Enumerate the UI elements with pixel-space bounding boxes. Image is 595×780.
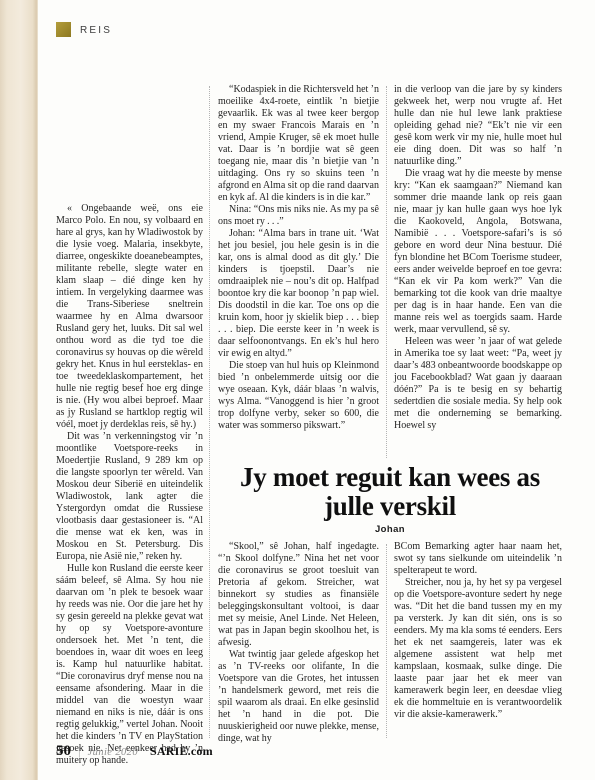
pull-quote-line: julle verskil bbox=[214, 492, 566, 521]
body-paragraph: Hulle kon Rusland die eerste keer sáám b… bbox=[56, 563, 203, 767]
body-paragraph: in die verloop van die jare by sy kinder… bbox=[394, 84, 562, 168]
column-divider-right-bottom bbox=[386, 544, 387, 738]
body-paragraph: Johan: “Alma bars in trane uit. ‘Wat het… bbox=[218, 228, 379, 360]
section-marker-icon bbox=[56, 22, 71, 37]
section-label: REIS bbox=[80, 24, 112, 36]
pull-quote-line: Jy moet reguit kan wees as bbox=[214, 463, 566, 492]
body-paragraph: Streicher, nou ja, hy het sy pa vergesel… bbox=[394, 577, 562, 721]
body-paragraph: “Skool,” sê Johan, half ingedagte. “’n S… bbox=[218, 541, 379, 649]
column-2-bottom: “Skool,” sê Johan, half ingedagte. “’n S… bbox=[218, 541, 379, 745]
page-footer: 50 | Junie 2020 SARIE.com bbox=[56, 743, 213, 760]
body-paragraph: Nina: “Ons mis niks nie. As my pa sê ons… bbox=[218, 204, 379, 228]
body-paragraph: “Kodaspiek in die Richtersveld het ’n mo… bbox=[218, 84, 379, 204]
body-paragraph: « Ongebaande weë, ons eie Marco Polo. En… bbox=[56, 203, 203, 431]
issue-date: Junie 2020 bbox=[88, 747, 138, 758]
section-kicker: REIS bbox=[56, 22, 112, 37]
body-paragraph: Die stoep van hul huis op Kleinmond bied… bbox=[218, 360, 379, 432]
body-paragraph: Heleen was weer ’n jaar of wat gelede in… bbox=[394, 336, 562, 432]
column-3-top: in die verloop van die jare by sy kinder… bbox=[394, 84, 562, 432]
column-3-bottom: BCom Bemarking agter haar naam het, swot… bbox=[394, 541, 562, 721]
column-divider-right-top bbox=[386, 86, 387, 458]
pull-quote-attribution: Johan bbox=[214, 524, 566, 535]
column-1: « Ongebaande weë, ons eie Marco Polo. En… bbox=[56, 203, 203, 767]
body-paragraph: Die vraag wat hy die meeste by mense kry… bbox=[394, 168, 562, 336]
column-2-top: “Kodaspiek in die Richtersveld het ’n mo… bbox=[218, 84, 379, 432]
page-number: 50 bbox=[56, 743, 71, 760]
body-paragraph: Wat twintig jaar gelede afgeskop het as … bbox=[218, 649, 379, 745]
pull-quote: Jy moet reguit kan wees as julle verskil… bbox=[214, 463, 566, 535]
footer-divider: | bbox=[78, 743, 81, 759]
page-edge-strip bbox=[0, 0, 38, 780]
magazine-page: REIS « Ongebaande weë, ons eie Marco Pol… bbox=[0, 0, 595, 780]
body-paragraph: Dit was ’n verkenningstog vir ’n moontli… bbox=[56, 431, 203, 563]
body-paragraph: BCom Bemarking agter haar naam het, swot… bbox=[394, 541, 562, 577]
column-divider-left bbox=[209, 86, 210, 738]
brand-name: SARIE.com bbox=[150, 744, 213, 759]
